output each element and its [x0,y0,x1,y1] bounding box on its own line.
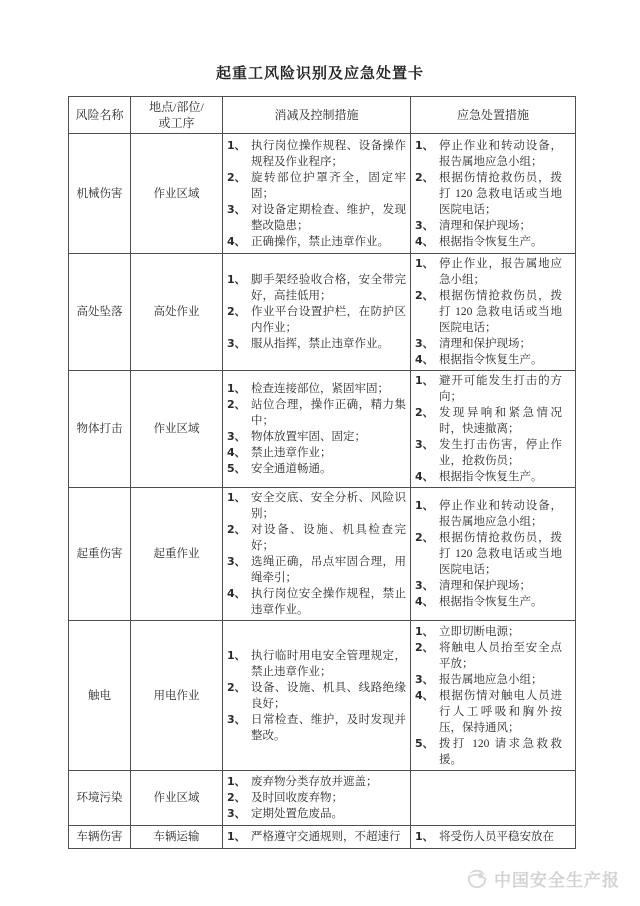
measure-item-number: 1、 [415,138,439,154]
measure-item-number: 3、 [227,202,251,218]
measure-item-text: 安全通道畅通。 [251,461,406,477]
location-cell: 车辆运输 [131,826,223,849]
emergency-measures-cell: 1、避开可能发生打击的方向；2、发现异响和紧急情况时，快速撤离；3、发生打击伤害… [411,371,576,488]
measure-item-number: 1、 [415,498,439,514]
measure-item-number: 5、 [415,736,439,752]
risk-name-cell: 起重伤害 [69,488,131,621]
measure-item-number: 2、 [227,170,251,186]
brand-logo-icon [466,868,488,890]
risk-name-cell: 物体打击 [69,371,131,488]
measure-item-number: 4、 [415,352,439,368]
measure-item-number: 2、 [415,170,439,186]
measure-item-number: 1、 [227,272,251,288]
measure-item: 4、禁止违章作业； [227,445,406,461]
measure-item-number: 2、 [227,522,251,538]
measure-item-number: 2、 [415,288,439,304]
control-measures-cell: 1、执行岗位操作规程、设备操作规程及作业程序；2、旋转部位护罩齐全，固定牢固；3… [223,134,411,254]
control-measures-cell: 1、安全交底、安全分析、风险识别；2、对设备、设施、机具检查完好；3、选绳正确，… [223,488,411,621]
header-location: 地点/部位/ 或工序 [131,97,223,134]
measure-item-text: 安全交底、安全分析、风险识别； [251,490,406,522]
measure-item-text: 根据伤情抢救伤员，拨打 120 急救电话或当地医院电话； [439,530,562,578]
emergency-measures-cell: 1、将受伤人员平稳安放在 [411,826,576,849]
measure-item-number: 3、 [227,554,251,570]
measure-item-number: 1、 [415,373,439,389]
risk-name-cell: 车辆伤害 [69,826,131,849]
measure-item-text: 停止作业和转动设备，报告属地应急小组； [439,498,562,530]
measure-item-number: 2、 [415,530,439,546]
measure-item-text: 及时回收废弃物； [251,790,406,806]
measure-item-text: 执行岗位安全操作规程，禁止违章作业。 [251,586,406,618]
measure-item-text: 根据指令恢复生产。 [439,234,562,250]
measure-item: 1、废弃物分类存放并遮盖； [227,774,406,790]
brand-name: 中国安全生产报 [494,866,620,891]
measure-item-text: 作业平台设置护栏，在防护区内作业； [251,304,406,336]
risk-table: 风险名称 地点/部位/ 或工序 消减及控制措施 应急处置措施 机械伤害作业区域1… [68,96,576,849]
table-row: 触电用电作业1、执行临时用电安全管理规定，禁止违章作业；2、设备、设施、机具、线… [69,621,576,771]
location-cell: 作业区域 [131,134,223,254]
control-measures-cell: 1、执行临时用电安全管理规定，禁止违章作业；2、设备、设施、机具、线路绝缘良好；… [223,621,411,771]
measure-item-text: 物体放置牢固、固定； [251,429,406,445]
measure-item-number: 2、 [415,640,439,656]
measure-item: 5、安全通道畅通。 [227,461,406,477]
measure-item-text: 服从指挥，禁止违章作业。 [251,336,406,352]
measure-item-number: 4、 [415,469,439,485]
measure-item-number: 3、 [227,712,251,728]
measure-item: 1、停止作业，报告属地应急小组； [415,256,562,288]
measure-item-text: 设备、设施、机具、线路绝缘良好； [251,680,406,712]
measure-item: 3、日常检查、维护，及时发现并整改。 [227,712,406,744]
measure-item-text: 根据伤情抢救伤员，拨打 120 急救电话或当地医院电话； [439,288,562,336]
measure-item-text: 废弃物分类存放并遮盖； [251,774,406,790]
measure-item-text: 禁止违章作业； [251,445,406,461]
measure-item-number: 3、 [227,806,251,822]
measure-item: 1、避开可能发生打击的方向； [415,373,562,405]
location-cell: 起重作业 [131,488,223,621]
measure-item: 4、根据指令恢复生产。 [415,352,562,368]
measure-item: 4、执行岗位安全操作规程，禁止违章作业。 [227,586,406,618]
measure-item: 3、选绳正确，吊点牢固合理，用绳牵引； [227,554,406,586]
measure-item-number: 5、 [227,461,251,477]
measure-item-text: 清理和保护现场； [439,578,562,594]
measure-item-number: 1、 [227,648,251,664]
measure-item-number: 4、 [227,586,251,602]
measure-item-number: 3、 [415,437,439,453]
measure-item-number: 3、 [227,336,251,352]
table-row: 环境污染作业区域1、废弃物分类存放并遮盖；2、及时回收废弃物；3、定期处置危废品… [69,771,576,826]
measure-item: 3、服从指挥，禁止违章作业。 [227,336,406,352]
measure-item: 2、站位合理，操作正确，精力集中； [227,397,406,429]
measure-item-number: 1、 [415,829,439,845]
measure-item-number: 2、 [227,680,251,696]
measure-item-number: 2、 [227,397,251,413]
header-emergency-measures: 应急处置措施 [411,97,576,134]
measure-item-text: 执行临时用电安全管理规定，禁止违章作业； [251,648,406,680]
risk-name-cell: 环境污染 [69,771,131,826]
measure-item-text: 定期处置危废品。 [251,806,406,822]
emergency-measures-cell: 1、停止作业，报告属地应急小组；2、根据伤情抢救伤员，拨打 120 急救电话或当… [411,254,576,371]
measure-item-text: 根据指令恢复生产。 [439,352,562,368]
measure-item-number: 4、 [415,688,439,704]
document-page: 起重工风险识别及应急处置卡 风险名称 地点/部位/ 或工序 消减及控制措施 应急… [0,0,640,906]
measure-item: 1、执行岗位操作规程、设备操作规程及作业程序； [227,138,406,170]
measure-item-text: 停止作业和转动设备，报告属地应急小组； [439,138,562,170]
emergency-measures-cell: 1、停止作业和转动设备，报告属地应急小组；2、根据伤情抢救伤员，拨打 120 急… [411,488,576,621]
measure-item: 2、根据伤情抢救伤员，拨打 120 急救电话或当地医院电话； [415,288,562,336]
measure-item-number: 1、 [415,624,439,640]
table-row: 起重伤害起重作业1、安全交底、安全分析、风险识别；2、对设备、设施、机具检查完好… [69,488,576,621]
measure-item: 4、根据指令恢复生产。 [415,594,562,610]
measure-item: 4、根据指令恢复生产。 [415,469,562,485]
measure-item: 1、将受伤人员平稳安放在 [415,829,562,845]
location-cell: 高处作业 [131,254,223,371]
measure-item-text: 拨打 120 请求急救救援。 [439,736,562,768]
measure-item: 4、根据指令恢复生产。 [415,234,562,250]
measure-item-number: 1、 [227,381,251,397]
measure-item: 2、设备、设施、机具、线路绝缘良好； [227,680,406,712]
measure-item-text: 报告属地应急小组； [439,672,562,688]
page-title: 起重工风险识别及应急处置卡 [0,62,640,83]
measure-item-number: 3、 [415,336,439,352]
measure-item: 2、根据伤情抢救伤员，拨打 120 急救电话或当地医院电话； [415,530,562,578]
measure-item-text: 执行岗位操作规程、设备操作规程及作业程序； [251,138,406,170]
control-measures-cell: 1、严格遵守交通规则，不超速行 [223,826,411,849]
measure-item-text: 严格遵守交通规则，不超速行 [251,829,406,845]
header-risk-name: 风险名称 [69,97,131,134]
measure-item-number: 1、 [227,829,251,845]
measure-item: 2、及时回收废弃物； [227,790,406,806]
location-cell: 作业区域 [131,771,223,826]
measure-item-text: 根据指令恢复生产。 [439,594,562,610]
measure-item: 3、清理和保护现场； [415,218,562,234]
measure-item: 3、物体放置牢固、固定； [227,429,406,445]
measure-item: 2、发现异响和紧急情况时，快速撤离； [415,405,562,437]
emergency-measures-cell [411,771,576,826]
control-measures-cell: 1、脚手架经验收合格，安全带完好，高挂低用；2、作业平台设置护栏，在防护区内作业… [223,254,411,371]
location-cell: 作业区域 [131,371,223,488]
measure-item-text: 将触电人员抬至安全点平放； [439,640,562,672]
measure-item-text: 根据伤情对触电人员进行人工呼吸和胸外按压，保持通风； [439,688,562,736]
measure-item: 1、停止作业和转动设备，报告属地应急小组； [415,138,562,170]
measure-item-number: 3、 [415,578,439,594]
measure-item: 3、报告属地应急小组； [415,672,562,688]
measure-item-number: 1、 [227,774,251,790]
measure-item: 4、根据伤情对触电人员进行人工呼吸和胸外按压，保持通风； [415,688,562,736]
measure-item-text: 避开可能发生打击的方向； [439,373,562,405]
table-row: 高处坠落高处作业1、脚手架经验收合格，安全带完好，高挂低用；2、作业平台设置护栏… [69,254,576,371]
measure-item: 3、发生打击伤害，停止作业，抢救伤员； [415,437,562,469]
measure-item: 2、根据伤情抢救伤员，拨打 120 急救电话或当地医院电话； [415,170,562,218]
table-row: 车辆伤害车辆运输1、严格遵守交通规则，不超速行1、将受伤人员平稳安放在 [69,826,576,849]
measure-item-number: 4、 [415,234,439,250]
measure-item-text: 对设备、设施、机具检查完好； [251,522,406,554]
measure-item-number: 4、 [227,445,251,461]
measure-item-number: 3、 [415,218,439,234]
control-measures-cell: 1、检查连接部位，紧固牢固；2、站位合理，操作正确，精力集中；3、物体放置牢固、… [223,371,411,488]
measure-item: 1、安全交底、安全分析、风险识别； [227,490,406,522]
risk-table-body: 机械伤害作业区域1、执行岗位操作规程、设备操作规程及作业程序；2、旋转部位护罩齐… [69,134,576,849]
measure-item-number: 4、 [227,234,251,250]
measure-item-text: 立即切断电源； [439,624,562,640]
measure-item: 2、将触电人员抬至安全点平放； [415,640,562,672]
control-measures-cell: 1、废弃物分类存放并遮盖；2、及时回收废弃物；3、定期处置危废品。 [223,771,411,826]
measure-item: 2、作业平台设置护栏，在防护区内作业； [227,304,406,336]
measure-item: 1、执行临时用电安全管理规定，禁止违章作业； [227,648,406,680]
measure-item-number: 1、 [227,138,251,154]
measure-item: 2、对设备、设施、机具检查完好； [227,522,406,554]
measure-item-text: 清理和保护现场； [439,218,562,234]
measure-item: 3、对设备定期检查、维护，发现整改隐患； [227,202,406,234]
emergency-measures-cell: 1、停止作业和转动设备，报告属地应急小组；2、根据伤情抢救伤员，拨打 120 急… [411,134,576,254]
emergency-measures-cell: 1、立即切断电源；2、将触电人员抬至安全点平放；3、报告属地应急小组；4、根据伤… [411,621,576,771]
measure-item-number: 2、 [227,304,251,320]
measure-item-number: 3、 [227,429,251,445]
table-row: 机械伤害作业区域1、执行岗位操作规程、设备操作规程及作业程序；2、旋转部位护罩齐… [69,134,576,254]
measure-item: 1、严格遵守交通规则，不超速行 [227,829,406,845]
measure-item-text: 根据伤情抢救伤员，拨打 120 急救电话或当地医院电话； [439,170,562,218]
measure-item-number: 3、 [415,672,439,688]
measure-item: 3、清理和保护现场； [415,336,562,352]
measure-item-text: 站位合理，操作正确，精力集中； [251,397,406,429]
measure-item: 1、脚手架经验收合格，安全带完好，高挂低用； [227,272,406,304]
header-control-measures: 消减及控制措施 [223,97,411,134]
measure-item: 3、清理和保护现场； [415,578,562,594]
measure-item-text: 脚手架经验收合格，安全带完好，高挂低用； [251,272,406,304]
measure-item: 1、停止作业和转动设备，报告属地应急小组； [415,498,562,530]
footer-brand: 中国安全生产报 [466,866,620,891]
measure-item-text: 发生打击伤害，停止作业，抢救伤员； [439,437,562,469]
measure-item-text: 停止作业，报告属地应急小组； [439,256,562,288]
table-row: 物体打击作业区域1、检查连接部位，紧固牢固；2、站位合理，操作正确，精力集中；3… [69,371,576,488]
measure-item-number: 4、 [415,594,439,610]
measure-item-text: 发现异响和紧急情况时，快速撤离； [439,405,562,437]
measure-item-text: 正确操作，禁止违章作业。 [251,234,406,250]
location-cell: 用电作业 [131,621,223,771]
measure-item-number: 2、 [227,790,251,806]
measure-item: 5、拨打 120 请求急救救援。 [415,736,562,768]
measure-item-text: 根据指令恢复生产。 [439,469,562,485]
risk-name-cell: 触电 [69,621,131,771]
measure-item-number: 1、 [415,256,439,272]
measure-item: 3、定期处置危废品。 [227,806,406,822]
measure-item-number: 2、 [415,405,439,421]
measure-item-text: 将受伤人员平稳安放在 [439,829,562,845]
measure-item: 1、立即切断电源； [415,624,562,640]
measure-item-number: 1、 [227,490,251,506]
measure-item-text: 清理和保护现场； [439,336,562,352]
measure-item-text: 对设备定期检查、维护，发现整改隐患； [251,202,406,234]
measure-item-text: 检查连接部位，紧固牢固； [251,381,406,397]
measure-item: 2、旋转部位护罩齐全，固定牢固； [227,170,406,202]
table-header-row: 风险名称 地点/部位/ 或工序 消减及控制措施 应急处置措施 [69,97,576,134]
measure-item: 4、正确操作，禁止违章作业。 [227,234,406,250]
risk-name-cell: 机械伤害 [69,134,131,254]
measure-item: 1、检查连接部位，紧固牢固； [227,381,406,397]
measure-item-text: 选绳正确，吊点牢固合理，用绳牵引； [251,554,406,586]
measure-item-text: 日常检查、维护，及时发现并整改。 [251,712,406,744]
risk-name-cell: 高处坠落 [69,254,131,371]
measure-item-text: 旋转部位护罩齐全，固定牢固； [251,170,406,202]
